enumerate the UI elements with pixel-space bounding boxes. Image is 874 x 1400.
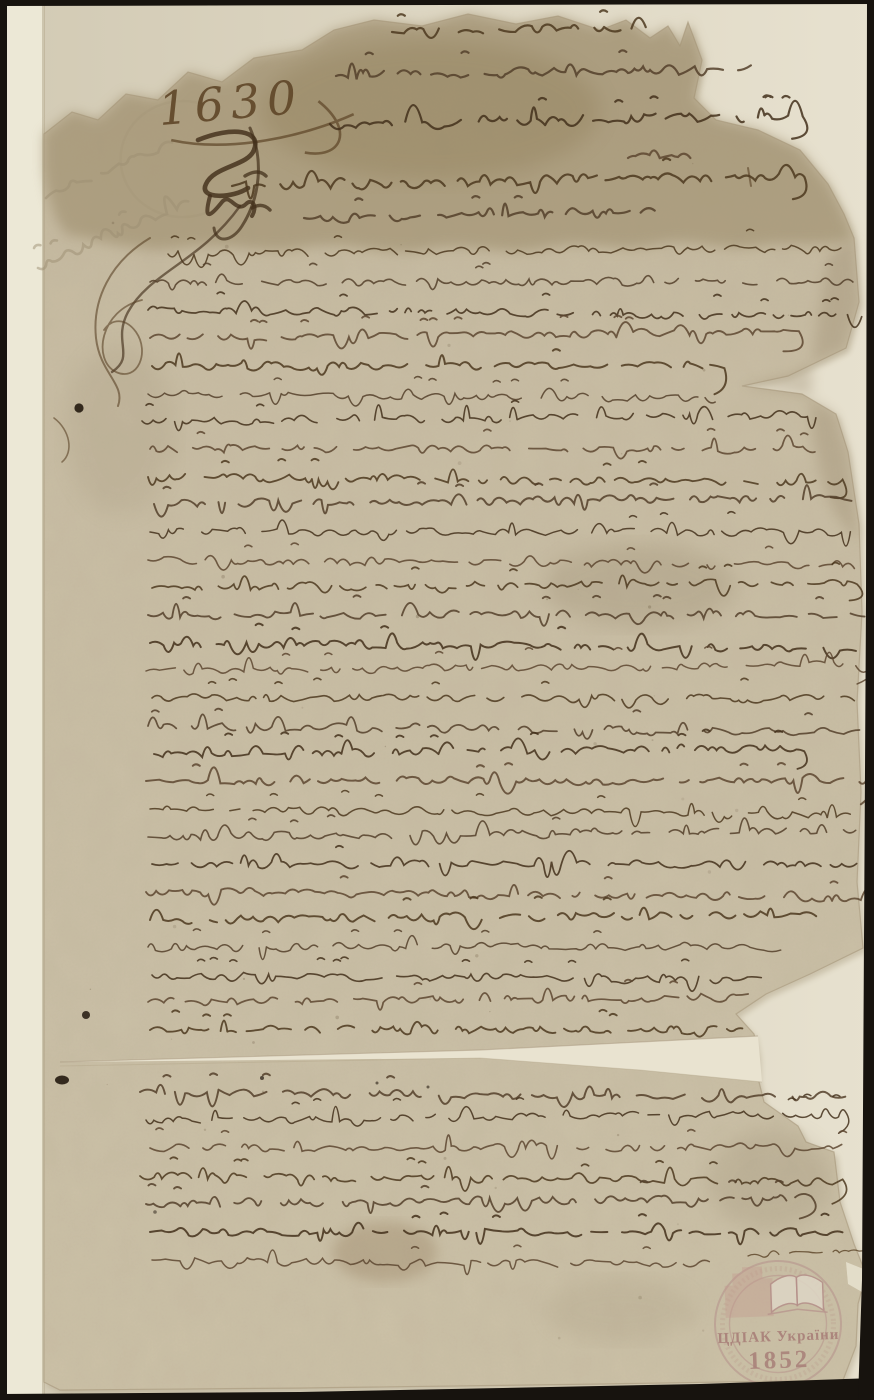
stain-bottom <box>545 1278 695 1342</box>
speck <box>677 1223 679 1225</box>
stamp-year-label: 1852 <box>748 1346 811 1375</box>
speck <box>703 369 706 372</box>
speck <box>692 163 693 164</box>
speck <box>495 1187 497 1189</box>
speck <box>221 575 225 579</box>
speck <box>648 605 651 608</box>
speck <box>509 420 511 422</box>
speck <box>335 1016 339 1020</box>
speck <box>112 222 115 225</box>
speck <box>617 1134 619 1136</box>
speck <box>301 707 303 709</box>
manuscript-scan: 1630 <box>0 0 874 1400</box>
speck <box>621 453 623 455</box>
speck <box>243 978 245 980</box>
speck <box>708 870 711 873</box>
speck <box>252 1041 255 1044</box>
speck <box>788 315 789 316</box>
speck <box>702 1330 704 1332</box>
speck <box>444 1157 447 1160</box>
speck <box>173 925 176 928</box>
speck <box>735 809 738 812</box>
speck <box>430 998 432 1000</box>
speck <box>458 461 462 465</box>
stain-top-center <box>260 40 600 180</box>
speck <box>593 742 596 745</box>
speck <box>638 1296 642 1300</box>
speck <box>447 344 450 347</box>
speck <box>681 798 684 801</box>
speck <box>204 1129 206 1131</box>
speck <box>558 1337 561 1340</box>
manuscript-page-svg: 1630 <box>0 0 874 1400</box>
speck <box>652 739 654 741</box>
speck <box>400 244 401 245</box>
speck <box>385 746 386 747</box>
speck <box>107 1084 108 1085</box>
speck <box>475 954 478 957</box>
stain-left <box>65 345 175 515</box>
speck <box>546 598 548 600</box>
speck <box>171 1039 172 1040</box>
speck <box>90 989 91 990</box>
speck <box>489 1011 490 1012</box>
speck <box>578 589 579 590</box>
guard-strip <box>7 4 44 1396</box>
speck <box>225 245 229 249</box>
speck <box>654 695 656 697</box>
